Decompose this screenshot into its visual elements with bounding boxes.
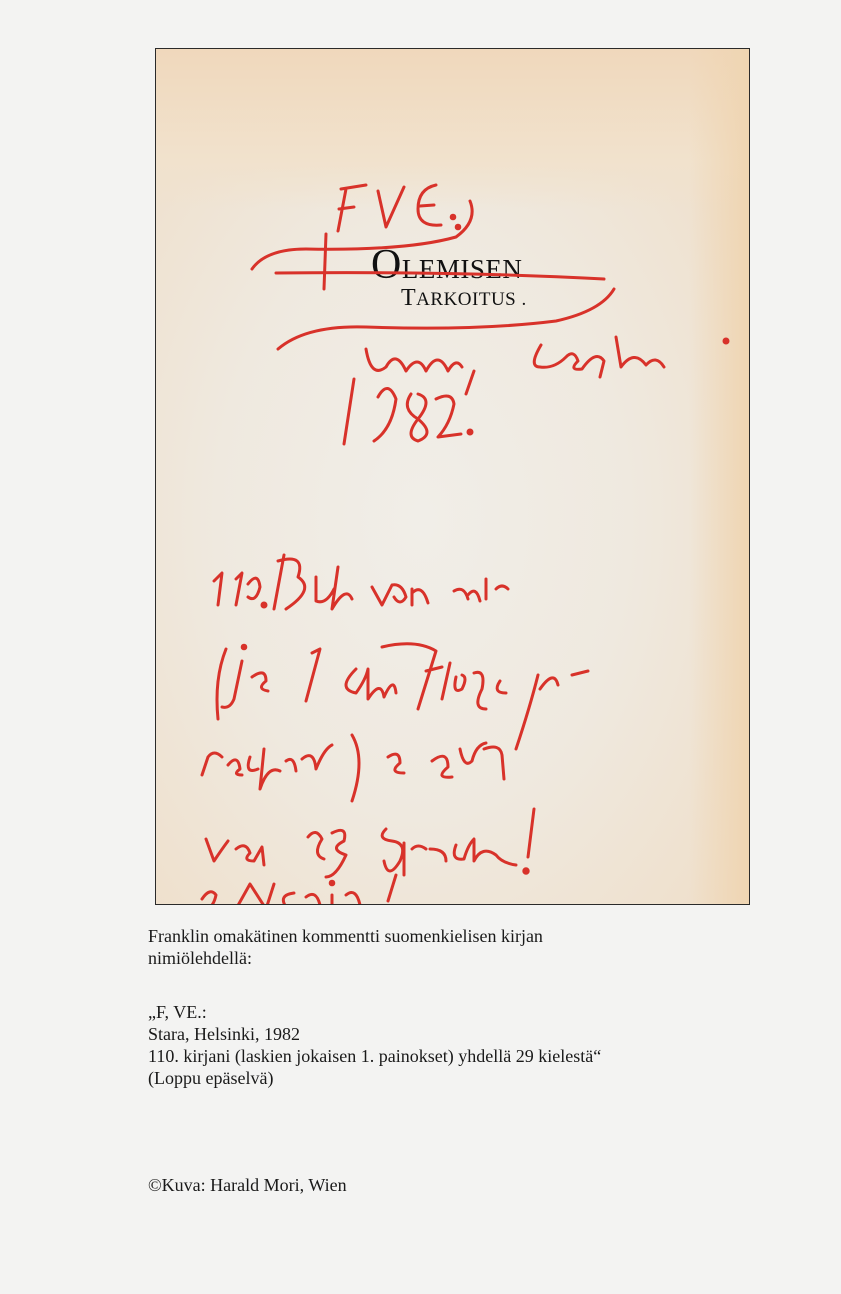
handwritten-inscription xyxy=(156,49,750,905)
caption-intro-line1: Franklin omakätinen kommentti suomenkiel… xyxy=(148,925,788,947)
photo-caption: Franklin omakätinen kommentti suomenkiel… xyxy=(148,925,788,1089)
photo-credit: ©Kuva: Harald Mori, Wien xyxy=(148,1175,347,1196)
caption-quote-line3: 110. kirjani (laskien jokaisen 1. painok… xyxy=(148,1045,788,1067)
caption-quote-line1: „F, VE.: xyxy=(148,1001,788,1023)
book-title-page-photo: OLEMISEN TARKOITUS . xyxy=(155,48,750,905)
caption-quote-line2: Stara, Helsinki, 1982 xyxy=(148,1023,788,1045)
caption-intro-line2: nimiölehdellä: xyxy=(148,947,788,969)
caption-quote-line4: (Loppu epäselvä) xyxy=(148,1067,788,1089)
